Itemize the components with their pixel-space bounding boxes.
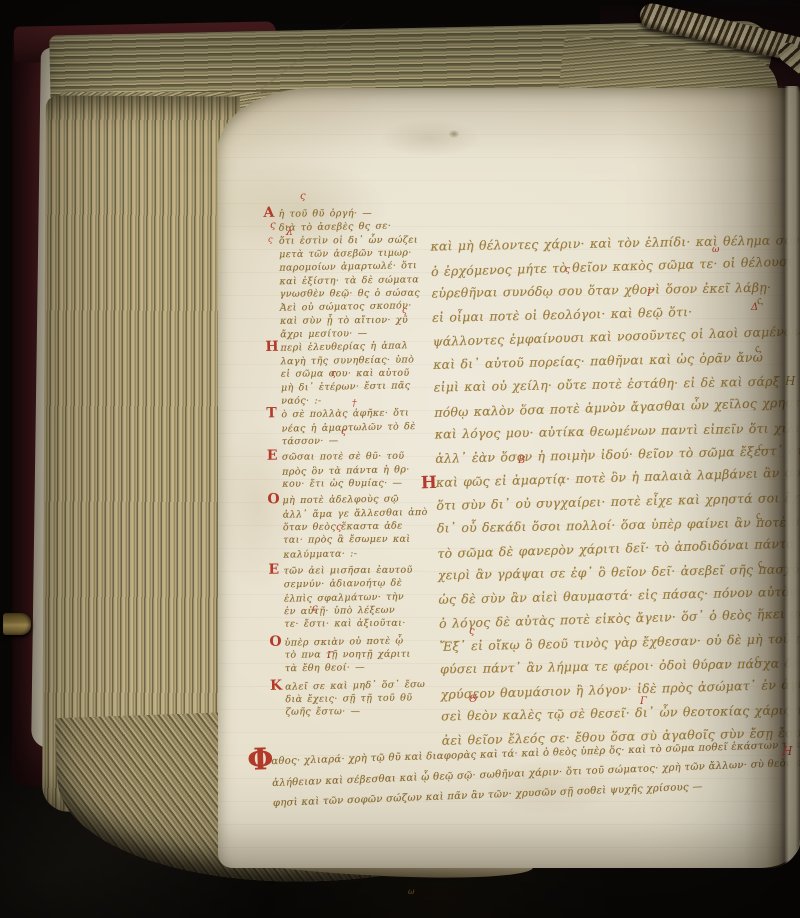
rubric-mark: ς [756,442,766,453]
manuscript-photo: Αἡ τοῦ θῦ ὀργή· — διὰ τὸ ἀσεβὲς θς σε· ὅ… [0,0,800,918]
rubric-mark: Γ [327,652,333,661]
rubric-mark: ς [402,307,407,316]
rubric-marks-layer: ς λ ς ς ς ς † ς ς ς Γ ω ς Γ Δ Β [0,0,800,918]
rubric-mark: ς [341,428,346,437]
rubric-mark: ς [756,559,766,570]
rubric-mark: ς [469,627,475,637]
rubric-mark: † [352,400,357,409]
rubric-mark: ς [270,221,276,231]
rubric-mark: Γ [640,697,647,707]
rubric-mark: ς [336,523,342,533]
rubric-mark: ω [408,888,415,896]
rubric-mark: Β [518,456,525,466]
rubric-mark: Η [785,375,795,387]
rubric-mark: ς [331,370,336,379]
rubric-mark: λ [286,226,293,237]
rubric-mark: ς [312,604,318,614]
rubric-mark: ς [565,266,570,275]
rubric-mark: ς [268,236,272,244]
rubric-mark: ς [753,654,763,665]
rubric-mark: Γ [647,290,653,299]
rubric-mark: ς [754,511,764,522]
rubric-mark: Η [782,745,792,757]
rubric-mark: ς [753,344,763,355]
rubric-mark: Θ [469,695,477,705]
rubric-mark: ω [712,246,719,255]
rubric-mark: ς [300,192,306,202]
